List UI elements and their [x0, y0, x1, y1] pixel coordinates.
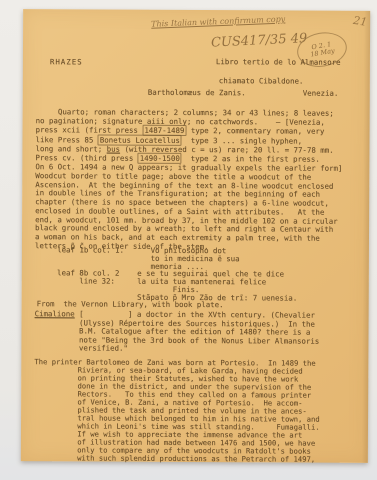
cimalione-text: [ ] a doctor in the XVth century. (Cheva…: [34, 309, 319, 352]
printer-name: Bartholomæus de Zanis.: [148, 88, 246, 98]
author-heading: RHAZES: [50, 57, 83, 66]
title-line-2: chiamato Cibaldone.: [219, 76, 304, 86]
printer-history-paragraph: The printer Bartolomeo de Zani was born …: [34, 358, 369, 464]
collation-paragraph: Quarto; roman characters; 2 columns; 34 …: [35, 107, 369, 173]
place-name: Venezia.: [303, 89, 339, 98]
underlined-bus: bus: [107, 144, 120, 153]
handwritten-note: This Italian with confirmum copy: [151, 15, 285, 29]
woodcut-paragraph: Woodcut border to title page; above the …: [35, 172, 369, 252]
quotation-block: leaf 1b col. 1. Vo philosopho dot to in …: [35, 246, 369, 302]
title-line-1: Libro tertio de lo Almansore: [216, 57, 341, 67]
catalog-card-page: This Italian with confirmum copy CUS417/…: [21, 9, 370, 463]
paper-edge-shadow: [362, 11, 370, 463]
handwritten-shelfmark: CUS417/35 49: [211, 31, 308, 51]
cimalione-paragraph: Cimalione [ ] a doctor in the XVth centu…: [34, 310, 368, 354]
